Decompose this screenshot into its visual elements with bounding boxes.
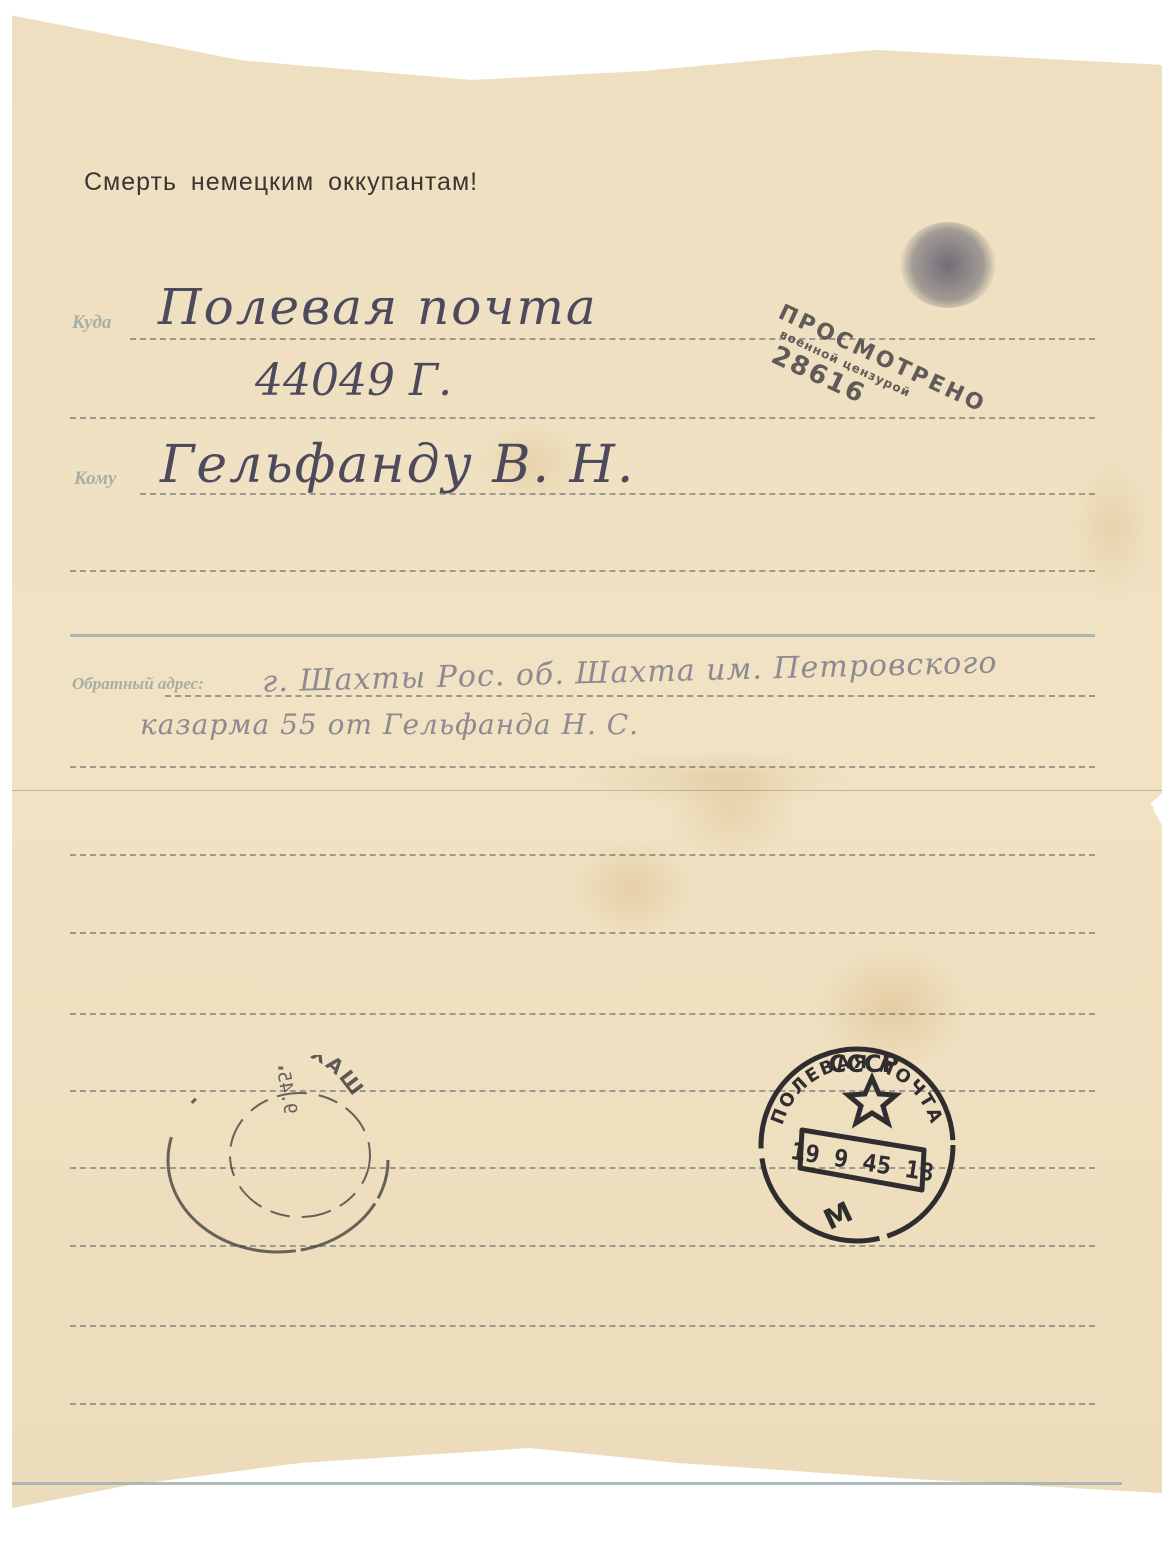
fold-crease <box>12 790 1162 791</box>
svg-text:М: М <box>818 1195 857 1237</box>
printed-slogan: Смерть немецким оккупантам! <box>84 168 478 197</box>
divider-line <box>12 1482 1122 1485</box>
ruled-line <box>70 1325 1095 1327</box>
svg-text:9.45: 9.45 <box>273 1070 301 1116</box>
handwritten-return-line2: казарма 55 от Гельфанда Н. С. <box>140 708 639 741</box>
ruled-line <box>70 932 1095 934</box>
postmark-shakhty-offset: ШАХТЫ 9.45 <box>150 1055 400 1255</box>
ruled-line <box>70 854 1095 856</box>
handwritten-post-number: 44049 Г. <box>255 355 452 406</box>
ruled-line <box>70 766 1095 768</box>
svg-text:СССР: СССР <box>829 1050 899 1078</box>
letter-sheet <box>12 8 1162 1508</box>
ruled-line <box>70 570 1095 572</box>
handwritten-field-post: Полевая почта <box>158 278 598 336</box>
torn-edge <box>1150 788 1168 820</box>
label-to-where: Куда <box>72 312 111 334</box>
ink-smudge-stamp <box>900 222 996 308</box>
divider-line <box>70 634 1095 637</box>
ruled-line <box>130 338 1095 340</box>
handwritten-recipient: Гельфанду В. Н. <box>160 435 635 495</box>
label-to-whom: Кому <box>74 468 116 490</box>
postmark-field-post: ПОЛЕВАЯ ПОЧТА СССР 19 9 45 18 М <box>752 1040 962 1250</box>
label-return-address: Обратный адрес: <box>72 674 204 694</box>
ruled-line <box>70 1013 1095 1015</box>
ruled-line <box>70 1403 1095 1405</box>
